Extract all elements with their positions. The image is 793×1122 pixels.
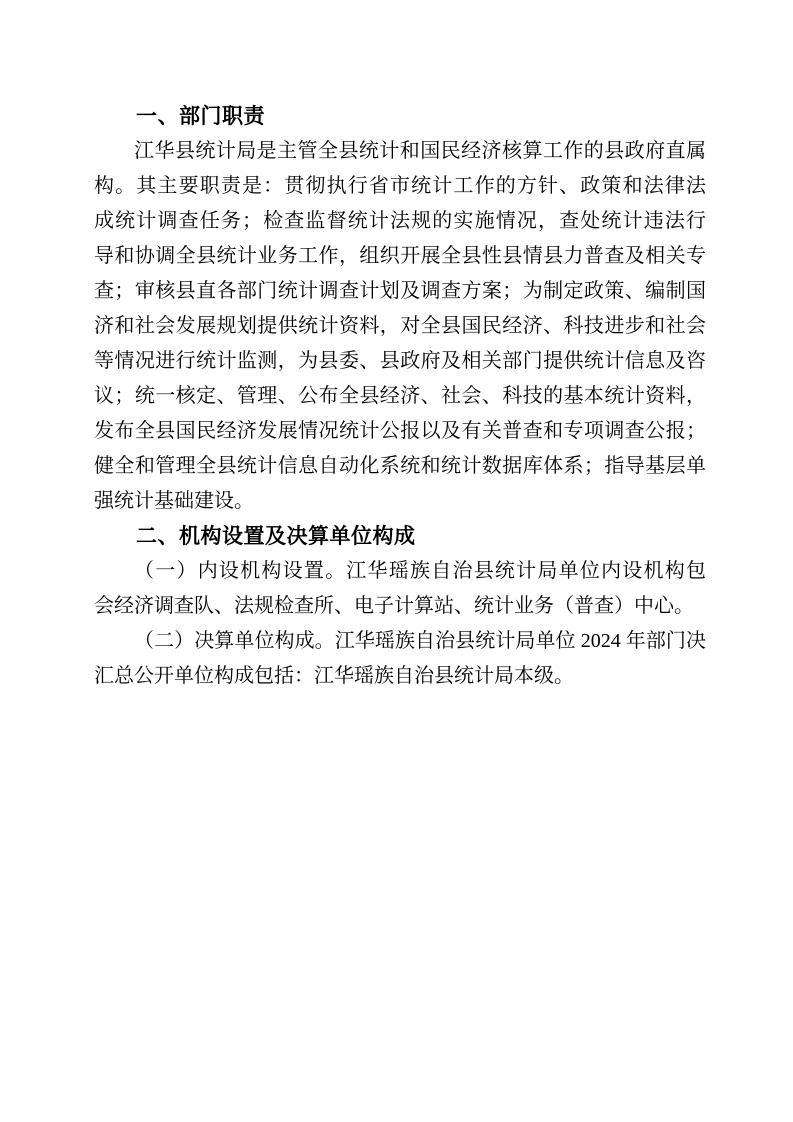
text-line: 江华县统计局是主管全县统计和国民经济核算工作的县政府直属机 xyxy=(94,134,706,169)
text-line: （二）决算单位构成。江华瑶族自治县统计局单位 2024 年部门决算 xyxy=(94,624,706,659)
text-line: 济和社会发展规划提供统计资料，对全县国民经济、科技进步和社会发展 xyxy=(94,309,706,344)
document-content: 一、部门职责 江华县统计局是主管全县统计和国民经济核算工作的县政府直属机 构。其… xyxy=(94,99,706,694)
text-line: 构。其主要职责是：贯彻执行省市统计工作的方针、政策和法律法规，完 xyxy=(94,169,706,204)
text-line: 导和协调全县统计业务工作，组织开展全县性县情县力普查及相关专项调 xyxy=(94,239,706,274)
document-page: 一、部门职责 江华县统计局是主管全县统计和国民经济核算工作的县政府直属机 构。其… xyxy=(0,0,793,1122)
text-line: 等情况进行统计监测，为县委、县政府及相关部门提供统计信息及咨询建 xyxy=(94,344,706,379)
text-line: 成统计调查任务；检查监督统计法规的实施情况，查处统计违法行为；指 xyxy=(94,204,706,239)
paragraph-internal-structure: （一）内设机构设置。江华瑶族自治县统计局单位内设机构包括：社 会经济调查队、法规… xyxy=(94,554,706,624)
text-line: 查；审核县直各部门统计调查计划及调查方案；为制定政策、编制国民经 xyxy=(94,274,706,309)
section-heading-duties: 一、部门职责 xyxy=(94,99,706,134)
text-line: 发布全县国民经济发展情况统计公报以及有关普查和专项调查公报；建立 xyxy=(94,414,706,449)
text-line: 强统计基础建设。 xyxy=(94,484,706,519)
paragraph-duties: 江华县统计局是主管全县统计和国民经济核算工作的县政府直属机 构。其主要职责是：贯… xyxy=(94,134,706,519)
section-heading-structure: 二、机构设置及决算单位构成 xyxy=(94,519,706,554)
text-line: 健全和管理全县统计信息自动化系统和统计数据库体系；指导基层单位加 xyxy=(94,449,706,484)
text-line: （一）内设机构设置。江华瑶族自治县统计局单位内设机构包括：社 xyxy=(94,554,706,589)
paragraph-budget-units: （二）决算单位构成。江华瑶族自治县统计局单位 2024 年部门决算 汇总公开单位… xyxy=(94,624,706,694)
text-line: 议；统一核定、管理、公布全县经济、社会、科技的基本统计资料，定期 xyxy=(94,379,706,414)
text-line: 汇总公开单位构成包括：江华瑶族自治县统计局本级。 xyxy=(94,659,706,694)
text-line: 会经济调查队、法规检查所、电子计算站、统计业务（普查）中心。 xyxy=(94,589,706,624)
